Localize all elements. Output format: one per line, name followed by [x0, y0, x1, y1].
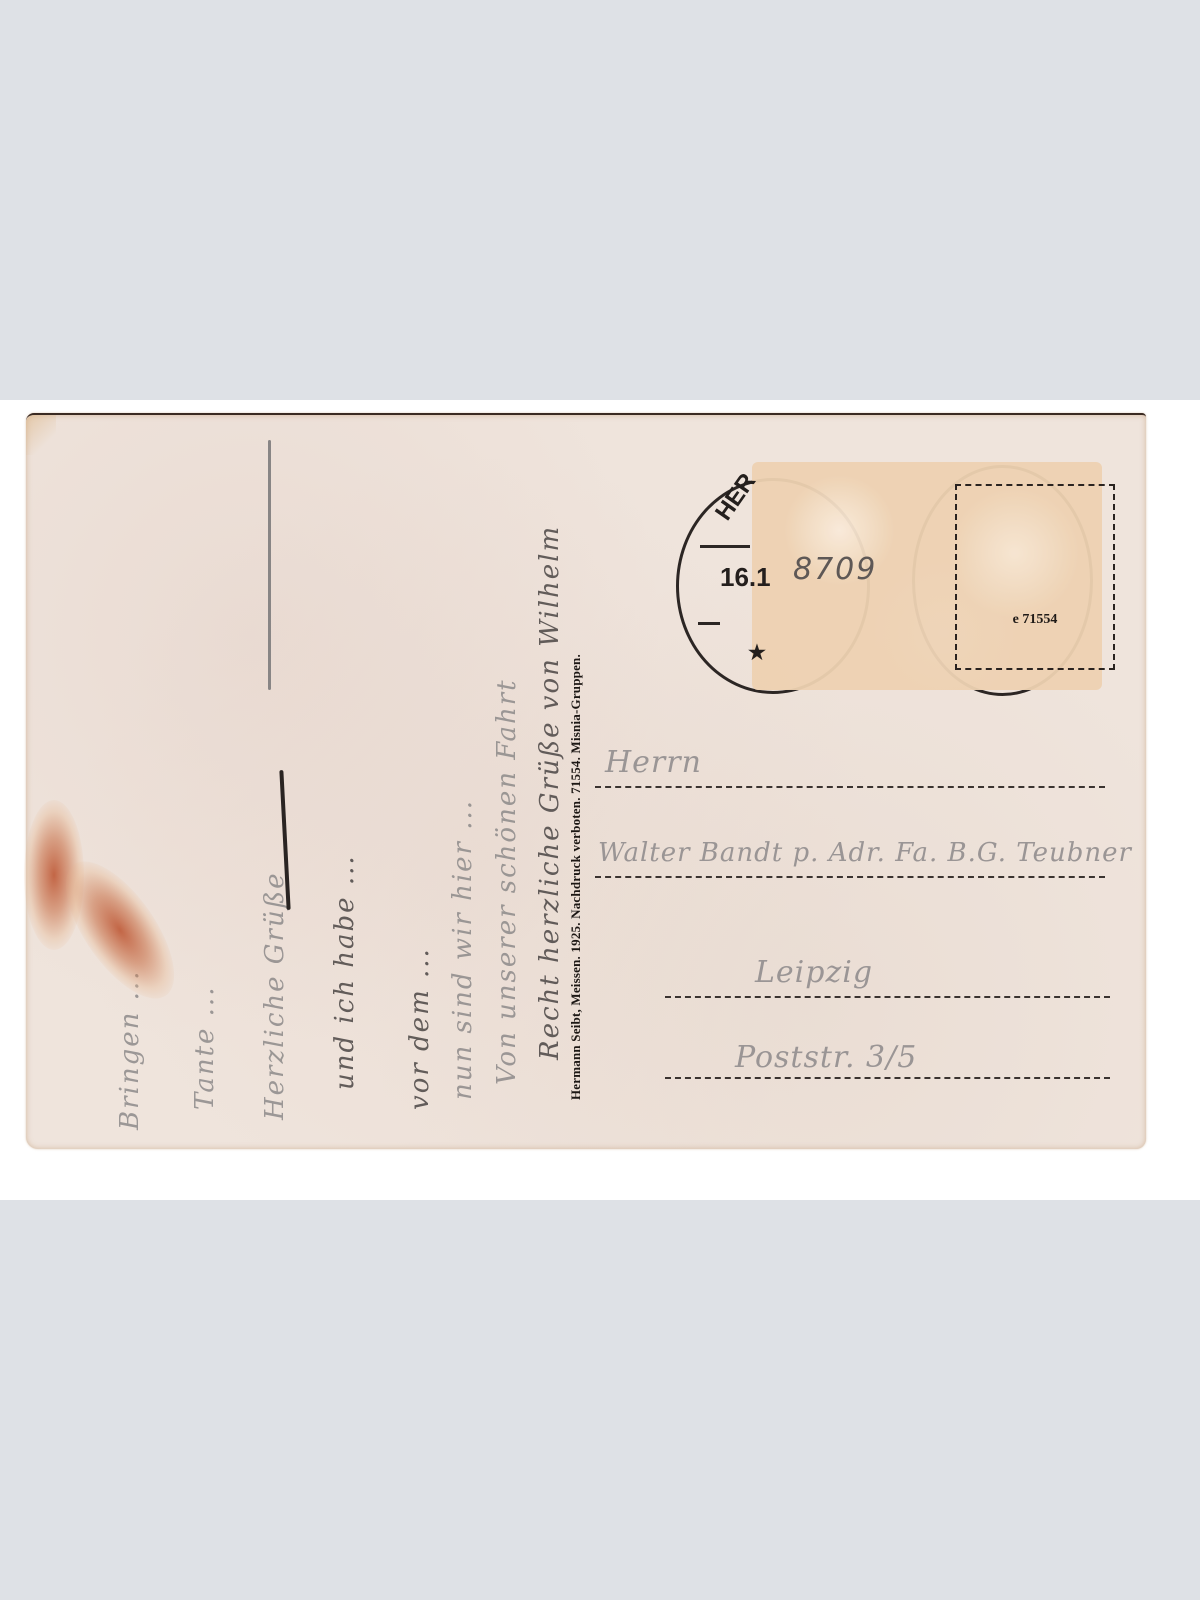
address-street: Poststr. 3/5 — [735, 1040, 917, 1075]
address-city: Leipzig — [755, 955, 873, 990]
address-line-3 — [665, 996, 1110, 998]
message-line: Von unserer schönen Fahrt — [492, 678, 522, 1085]
address-line-4 — [665, 1077, 1110, 1079]
address-name: Walter Bandt p. Adr. Fa. B.G. Teubner — [598, 838, 1132, 868]
message-line: Tante ... — [190, 986, 220, 1110]
message-line: nun sind wir hier ... — [448, 799, 478, 1100]
stamp-code: e 71554 — [957, 612, 1113, 628]
postmark-bar — [698, 622, 720, 625]
pencil-underline — [268, 440, 271, 690]
stamp-box: e 71554 — [955, 484, 1115, 670]
postmark-star: ★ — [748, 640, 766, 665]
address-salutation: Herrn — [605, 745, 702, 780]
message-line: und ich habe ... — [330, 854, 360, 1090]
address-line-1 — [595, 786, 1105, 788]
postmark-bar — [700, 545, 750, 548]
publisher-imprint: Hermann Seibt, Meissen. 1925. Nachdruck … — [568, 654, 584, 1100]
message-line: Recht herzliche Grüße von Wilhelm — [535, 525, 565, 1060]
worn-corner — [26, 415, 56, 455]
pencil-number: 8709 — [793, 552, 877, 587]
address-line-2 — [595, 876, 1105, 878]
message-line: Herzliche Grüße — [260, 872, 290, 1120]
message-line: vor dem ... — [405, 947, 435, 1110]
postmark-date: 16.1 — [720, 562, 771, 593]
